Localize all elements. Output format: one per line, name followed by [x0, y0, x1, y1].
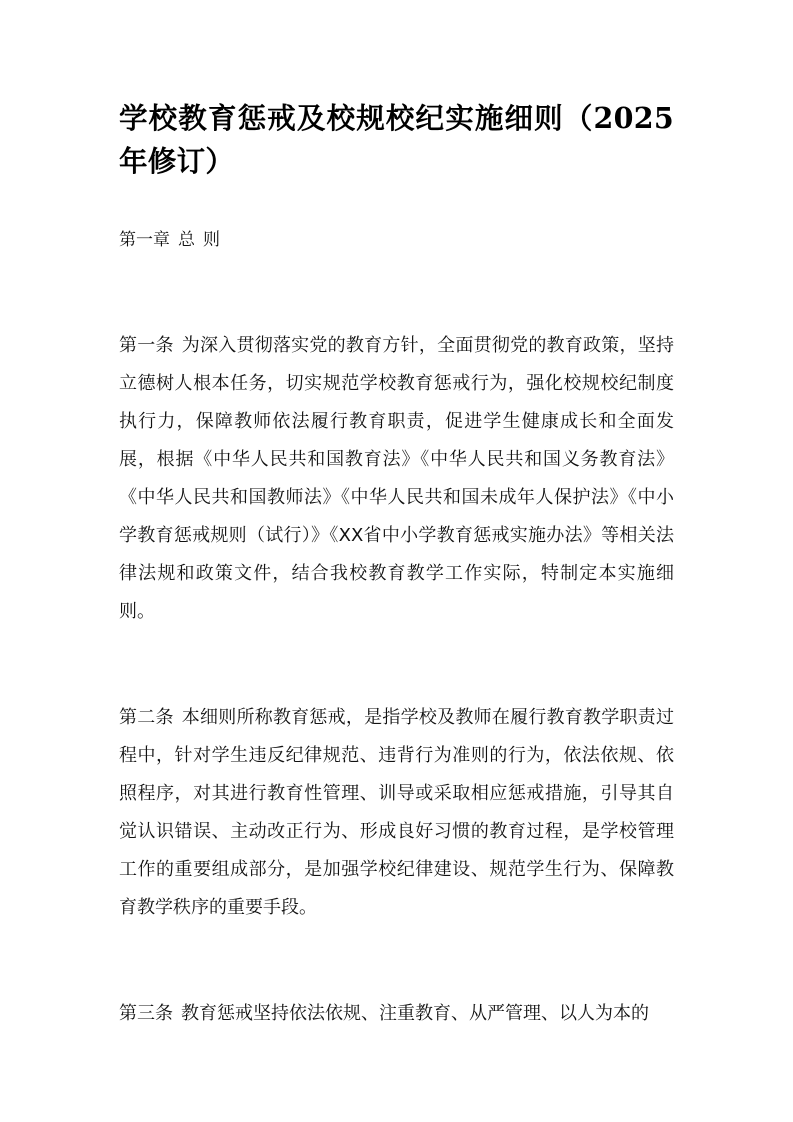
chapter-number: 第一章 [119, 230, 170, 250]
article-3: 第三条教育惩戒坚持依法依规、注重教育、从严管理、以人为本的 [119, 995, 674, 1033]
article-label: 第二条 [119, 707, 174, 728]
chapter-heading: 第一章总则 [119, 221, 220, 259]
chapter-name-part2: 则 [203, 230, 220, 250]
document-title: 学校教育惩戒及校规校纪实施细则（2025年修订） [119, 97, 674, 183]
article-text: 教育惩戒坚持依法依规、注重教育、从严管理、以人为本的 [181, 1003, 649, 1024]
article-text: 本细则所称教育惩戒，是指学校及教师在履行教育教学职责过程中，针对学生违反纪律规范… [119, 707, 674, 918]
article-2: 第二条本细则所称教育惩戒，是指学校及教师在履行教育教学职责过程中，针对学生违反纪… [119, 699, 674, 927]
article-text: 为深入贯彻落实党的教育方针，全面贯彻党的教育政策，坚持立德树人根本任务，切实规范… [119, 335, 674, 622]
article-1: 第一条为深入贯彻落实党的教育方针，全面贯彻党的教育政策，坚持立德树人根本任务，切… [119, 327, 674, 631]
article-label: 第一条 [119, 335, 174, 356]
article-label: 第三条 [119, 1003, 173, 1024]
document-page: 学校教育惩戒及校规校纪实施细则（2025年修订） 第一章总则 第一条为深入贯彻落… [119, 97, 674, 183]
chapter-name-part1: 总 [178, 230, 195, 250]
